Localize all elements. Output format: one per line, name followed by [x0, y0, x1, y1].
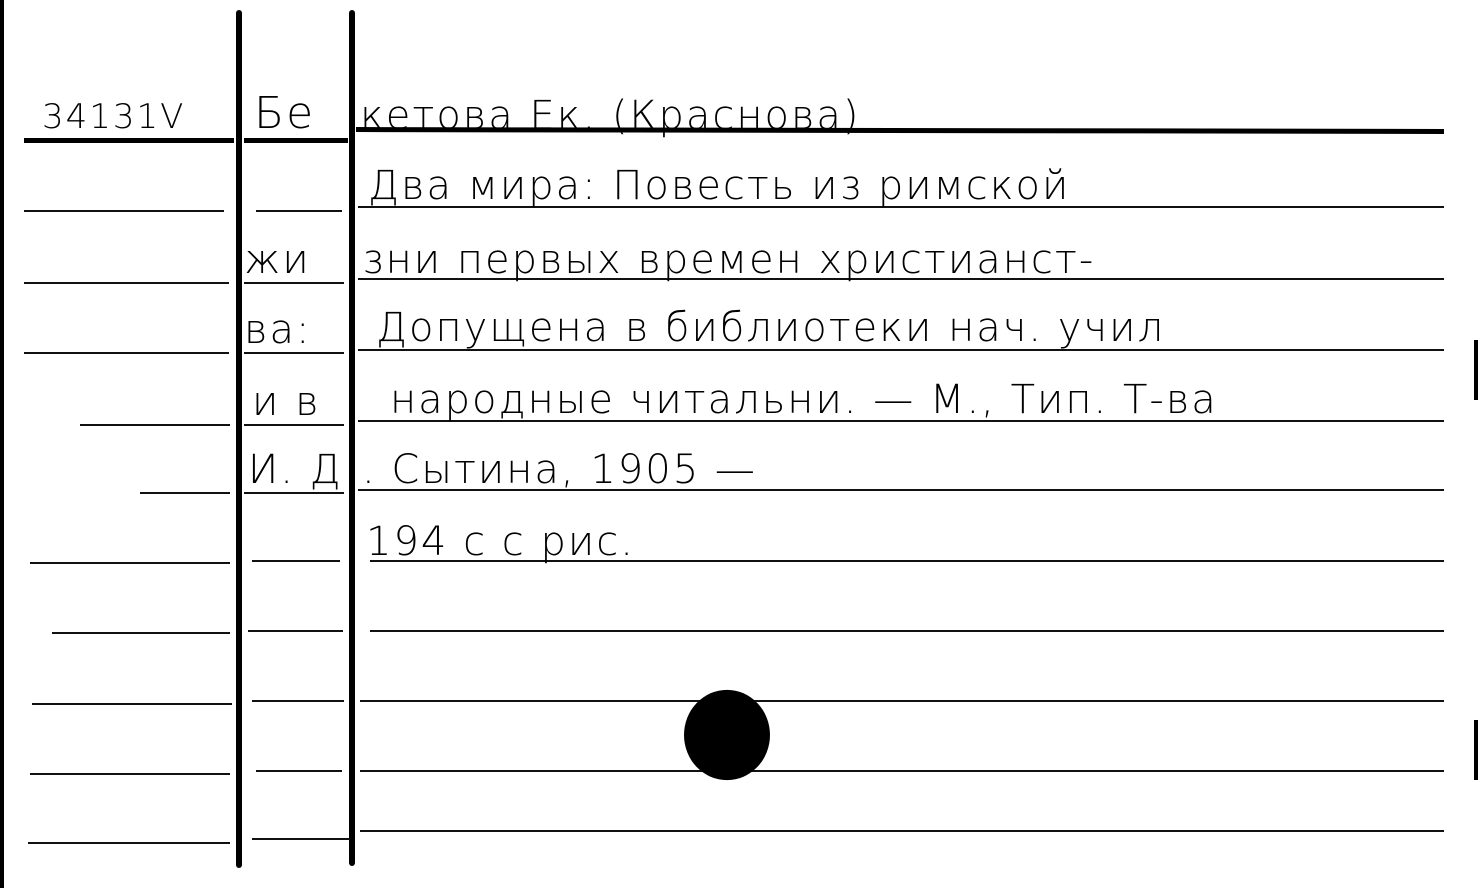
ruled-line	[28, 842, 230, 844]
ruled-line	[80, 424, 230, 426]
ruled-line	[24, 352, 229, 354]
ruled-line	[360, 830, 1444, 832]
ruled-line	[24, 210, 224, 212]
ruled-line	[370, 630, 1444, 632]
punch-hole	[684, 690, 770, 780]
line-2: зни первых времен христианст-	[362, 240, 1095, 280]
catalog-card: 34131V Бе кетова Ек. (Краснова) жи ва: и…	[0, 0, 1480, 888]
pagination-line: 194 с с рис.	[366, 522, 635, 562]
line-3-left: ва:	[244, 310, 311, 350]
line-5-left: И. Д	[248, 450, 343, 490]
title-line: Два мира: Повесть из римской	[368, 166, 1070, 206]
ruled-line	[248, 630, 343, 632]
line-3: Допущена в библиотеки нач. учил	[376, 308, 1165, 348]
author-heading: кетова Ек. (Краснова)	[360, 96, 861, 136]
ruled-line	[52, 632, 230, 634]
ruled-line	[256, 210, 342, 212]
card-right-edge	[1474, 340, 1478, 400]
vertical-rule-call-number	[236, 10, 242, 868]
ruled-line	[252, 838, 350, 840]
ruled-line	[30, 562, 230, 564]
ruled-line	[24, 282, 229, 284]
author-heading-start: Бе	[254, 92, 315, 136]
line-4: народные читальни. — М., Тип. Т-ва	[390, 380, 1218, 420]
ruled-line	[30, 773, 230, 775]
ruled-line	[252, 700, 344, 702]
header-rule	[24, 138, 234, 143]
line-4-left: и в	[252, 382, 321, 422]
line-2-left: жи	[244, 240, 311, 280]
ruled-line	[360, 770, 1444, 772]
ruled-line	[32, 703, 232, 705]
card-left-edge	[0, 0, 4, 888]
call-number: 34131V	[42, 100, 185, 134]
ruled-line	[360, 700, 1444, 702]
ruled-line	[256, 770, 342, 772]
line-5: . Сытина, 1905 —	[362, 450, 757, 490]
ruled-line	[140, 492, 230, 494]
ruled-line	[252, 560, 340, 562]
vertical-rule-indent	[349, 10, 355, 866]
card-right-edge	[1474, 720, 1478, 780]
